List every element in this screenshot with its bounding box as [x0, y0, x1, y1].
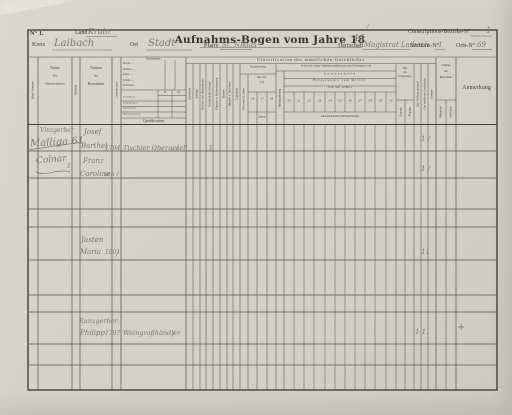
- residents-header-l2: der: [80, 74, 112, 78]
- years-caption-4: Von der Armee: [284, 86, 396, 89]
- year-cell: 24: [325, 99, 335, 103]
- stray-check-mark: ∕: [366, 23, 369, 32]
- year-cell: 22: [304, 99, 314, 103]
- viehstand-row: Ochsen —: [123, 68, 163, 71]
- summe-female-column: Weiblich: [449, 101, 454, 123]
- single-column-header: Zur Stellung geeignet: [415, 67, 420, 122]
- entry-birth-year: 1797: [105, 330, 120, 337]
- single-column-header: Fremde: [430, 67, 435, 122]
- entry-count-marks: 1 ∕: [421, 165, 430, 173]
- herrschaft-label: Herrschaft: [338, 43, 363, 49]
- year-cell: 30: [386, 99, 396, 103]
- residents-header-l3: Bewohner: [80, 82, 112, 86]
- summe-title-l2: der: [436, 70, 456, 73]
- anmerkung-column-header: Anmerkung: [456, 85, 497, 91]
- entry-resident-name: Barthel: [81, 142, 107, 150]
- kreis-label: Kreis: [32, 42, 45, 48]
- qualification-label: Qualification: [121, 119, 186, 123]
- nachweis-title-l2: im: [396, 71, 414, 74]
- nachwuchs-title: Nachwuchs: [240, 65, 276, 69]
- year-cell: 25: [335, 99, 345, 103]
- class-column-header: Beamte und Honoratioren: [201, 67, 206, 122]
- year-cell: 23: [314, 99, 325, 103]
- years-foot-caption: Altersgleichzeitig Militärpflichtige: [284, 115, 396, 118]
- residents-header-l1: Namen: [80, 66, 112, 70]
- viehstand-row: Schafe —: [123, 79, 163, 82]
- entry-count-marks: 1 1.: [415, 328, 428, 336]
- entry-anmerkung-mark: +: [457, 322, 465, 333]
- owner-header-l1: Name: [38, 66, 72, 70]
- owner-header-l3: Hausbesitzers: [38, 82, 72, 86]
- pfarre-value: St. Niklas: [222, 41, 257, 49]
- nachwuchs-caption-1: Die Vor-: [248, 76, 276, 79]
- conscription-district-value: 1: [486, 26, 491, 35]
- entry-birth-year: 1794: [105, 145, 120, 152]
- class-column-header: Wirthschafts-Inhaber: [207, 67, 212, 122]
- class-column-header: Adelige: [194, 67, 199, 122]
- entry-check: ∕: [172, 330, 174, 338]
- entry-resident-suffix: sen ∕: [104, 171, 118, 178]
- conscription-district-label: Conscriptions-Bezirks-N°: [408, 29, 470, 35]
- entry-resident-name: Justen: [81, 236, 103, 244]
- entry-resident-name: Josef: [84, 128, 101, 136]
- nachweis-subcolumn: Zugang: [398, 101, 403, 123]
- owner-header-l2: des: [38, 74, 72, 78]
- tax-head-kr: kr.: [172, 91, 186, 94]
- pfarre-label: Pfarre: [204, 43, 219, 49]
- entry-count-marks: 11: [421, 248, 430, 256]
- class-column-header: Künstler u. Professionisten: [214, 67, 219, 122]
- year-cell: 28: [365, 99, 375, 103]
- viehstand-row: Kühe —: [123, 73, 163, 76]
- nachwuchs-age-cell: 17: [257, 97, 267, 101]
- entry-check: ∕: [116, 250, 118, 258]
- tax-row: Grundsteuer: [123, 96, 163, 99]
- classification-title: Classification des männlichen Geschlecht…: [186, 57, 436, 62]
- nachwuchs-foot: Jahre: [248, 115, 276, 119]
- entry-owner-small: Vinzgerber: [40, 127, 74, 134]
- orts-number-label: Orts-N°: [456, 43, 475, 49]
- viehstand-row: Schweine —: [123, 84, 163, 87]
- nachwuchs-side-header: Die vom 15. Jahre: [242, 75, 247, 123]
- entry-check: ∕: [176, 144, 178, 152]
- entry-resident-name: Maria: [80, 248, 101, 256]
- tax-row: Erwerbsteuer: [123, 107, 163, 110]
- ort-label: Ort: [130, 42, 138, 48]
- religion-column-header: Religion: [74, 63, 79, 118]
- years-caption-1: In dem bei voriger Aufnahme gezählten mi…: [276, 65, 396, 68]
- census-form: N° 1. Land Krain Aufnahms-Bogen vom Jahr…: [0, 0, 512, 415]
- entry-resident-name: Philipp: [80, 329, 105, 337]
- nachweis-title-l3: Nachweise: [396, 75, 414, 78]
- summe-title-l3: Bewohner: [436, 76, 456, 79]
- year-cell: 21: [294, 99, 304, 103]
- year-cell: 26: [345, 99, 355, 103]
- military-duty-column-header: Militärpflichtig: [278, 73, 283, 123]
- summe-title-l1: Summe: [436, 64, 456, 67]
- class-column-header: Taglöhner: [234, 67, 239, 122]
- viehstand-title: Viehstand:: [121, 57, 186, 61]
- year-cell: 27: [355, 99, 365, 103]
- nachweis-title-l1: Die: [396, 67, 414, 70]
- entry-resident-name: Kunzgerber: [79, 317, 118, 325]
- scanned-census-sheet: { "colors": {"paper":"#d5d2ca","ink":"#4…: [0, 0, 512, 415]
- year-cell: 29: [375, 99, 386, 103]
- tax-row: Einkommensteuer: [123, 113, 163, 116]
- tax-head-fl: fl.: [158, 91, 172, 94]
- class-column-header: Geistliche: [187, 67, 192, 122]
- land-value: Krain: [88, 27, 110, 36]
- nachwuchs-age-cell: 16: [248, 97, 257, 101]
- house-number-column-header: Haus-Nummer: [31, 63, 36, 118]
- orts-number-value: 69: [477, 41, 486, 49]
- viehstand-row: Pferde —: [123, 62, 163, 65]
- sheet-number: N° 1.: [30, 30, 44, 37]
- years-caption-2: Anwesenden: [284, 72, 396, 76]
- land-label: Land: [75, 30, 87, 36]
- section-number-label: Sections-N°: [410, 43, 439, 49]
- tax-row: Gebäudesteuer: [123, 102, 163, 105]
- ort-value: Stadt: [148, 38, 175, 49]
- nachwuchs-age-cell: 18: [267, 97, 276, 101]
- year-cell: 20: [284, 99, 294, 103]
- kreis-value: Laibach: [54, 38, 94, 49]
- section-number-value: 1: [438, 41, 442, 49]
- nachwuchs-caption-2: von: [248, 81, 276, 84]
- entry-resident-name: Franz: [83, 157, 104, 165]
- entry-owner-tick: 1: [67, 163, 71, 170]
- entry-count-marks: 1 ∕: [421, 135, 430, 143]
- nachweis-subcolumn: Abgang: [407, 101, 412, 123]
- entry-class-tally: 1: [209, 145, 213, 152]
- single-column-header: Das weibliche Geschlecht: [422, 67, 427, 122]
- summe-male-column: Männlich: [439, 101, 444, 123]
- birth-year-column-header: Geburts-Jahr: [114, 63, 119, 118]
- years-caption-3: Bürgerwehre zum Militär: [284, 79, 396, 82]
- class-column-header: Bauern: [221, 67, 226, 122]
- class-column-header: Häusler u. Inwohner: [228, 67, 233, 122]
